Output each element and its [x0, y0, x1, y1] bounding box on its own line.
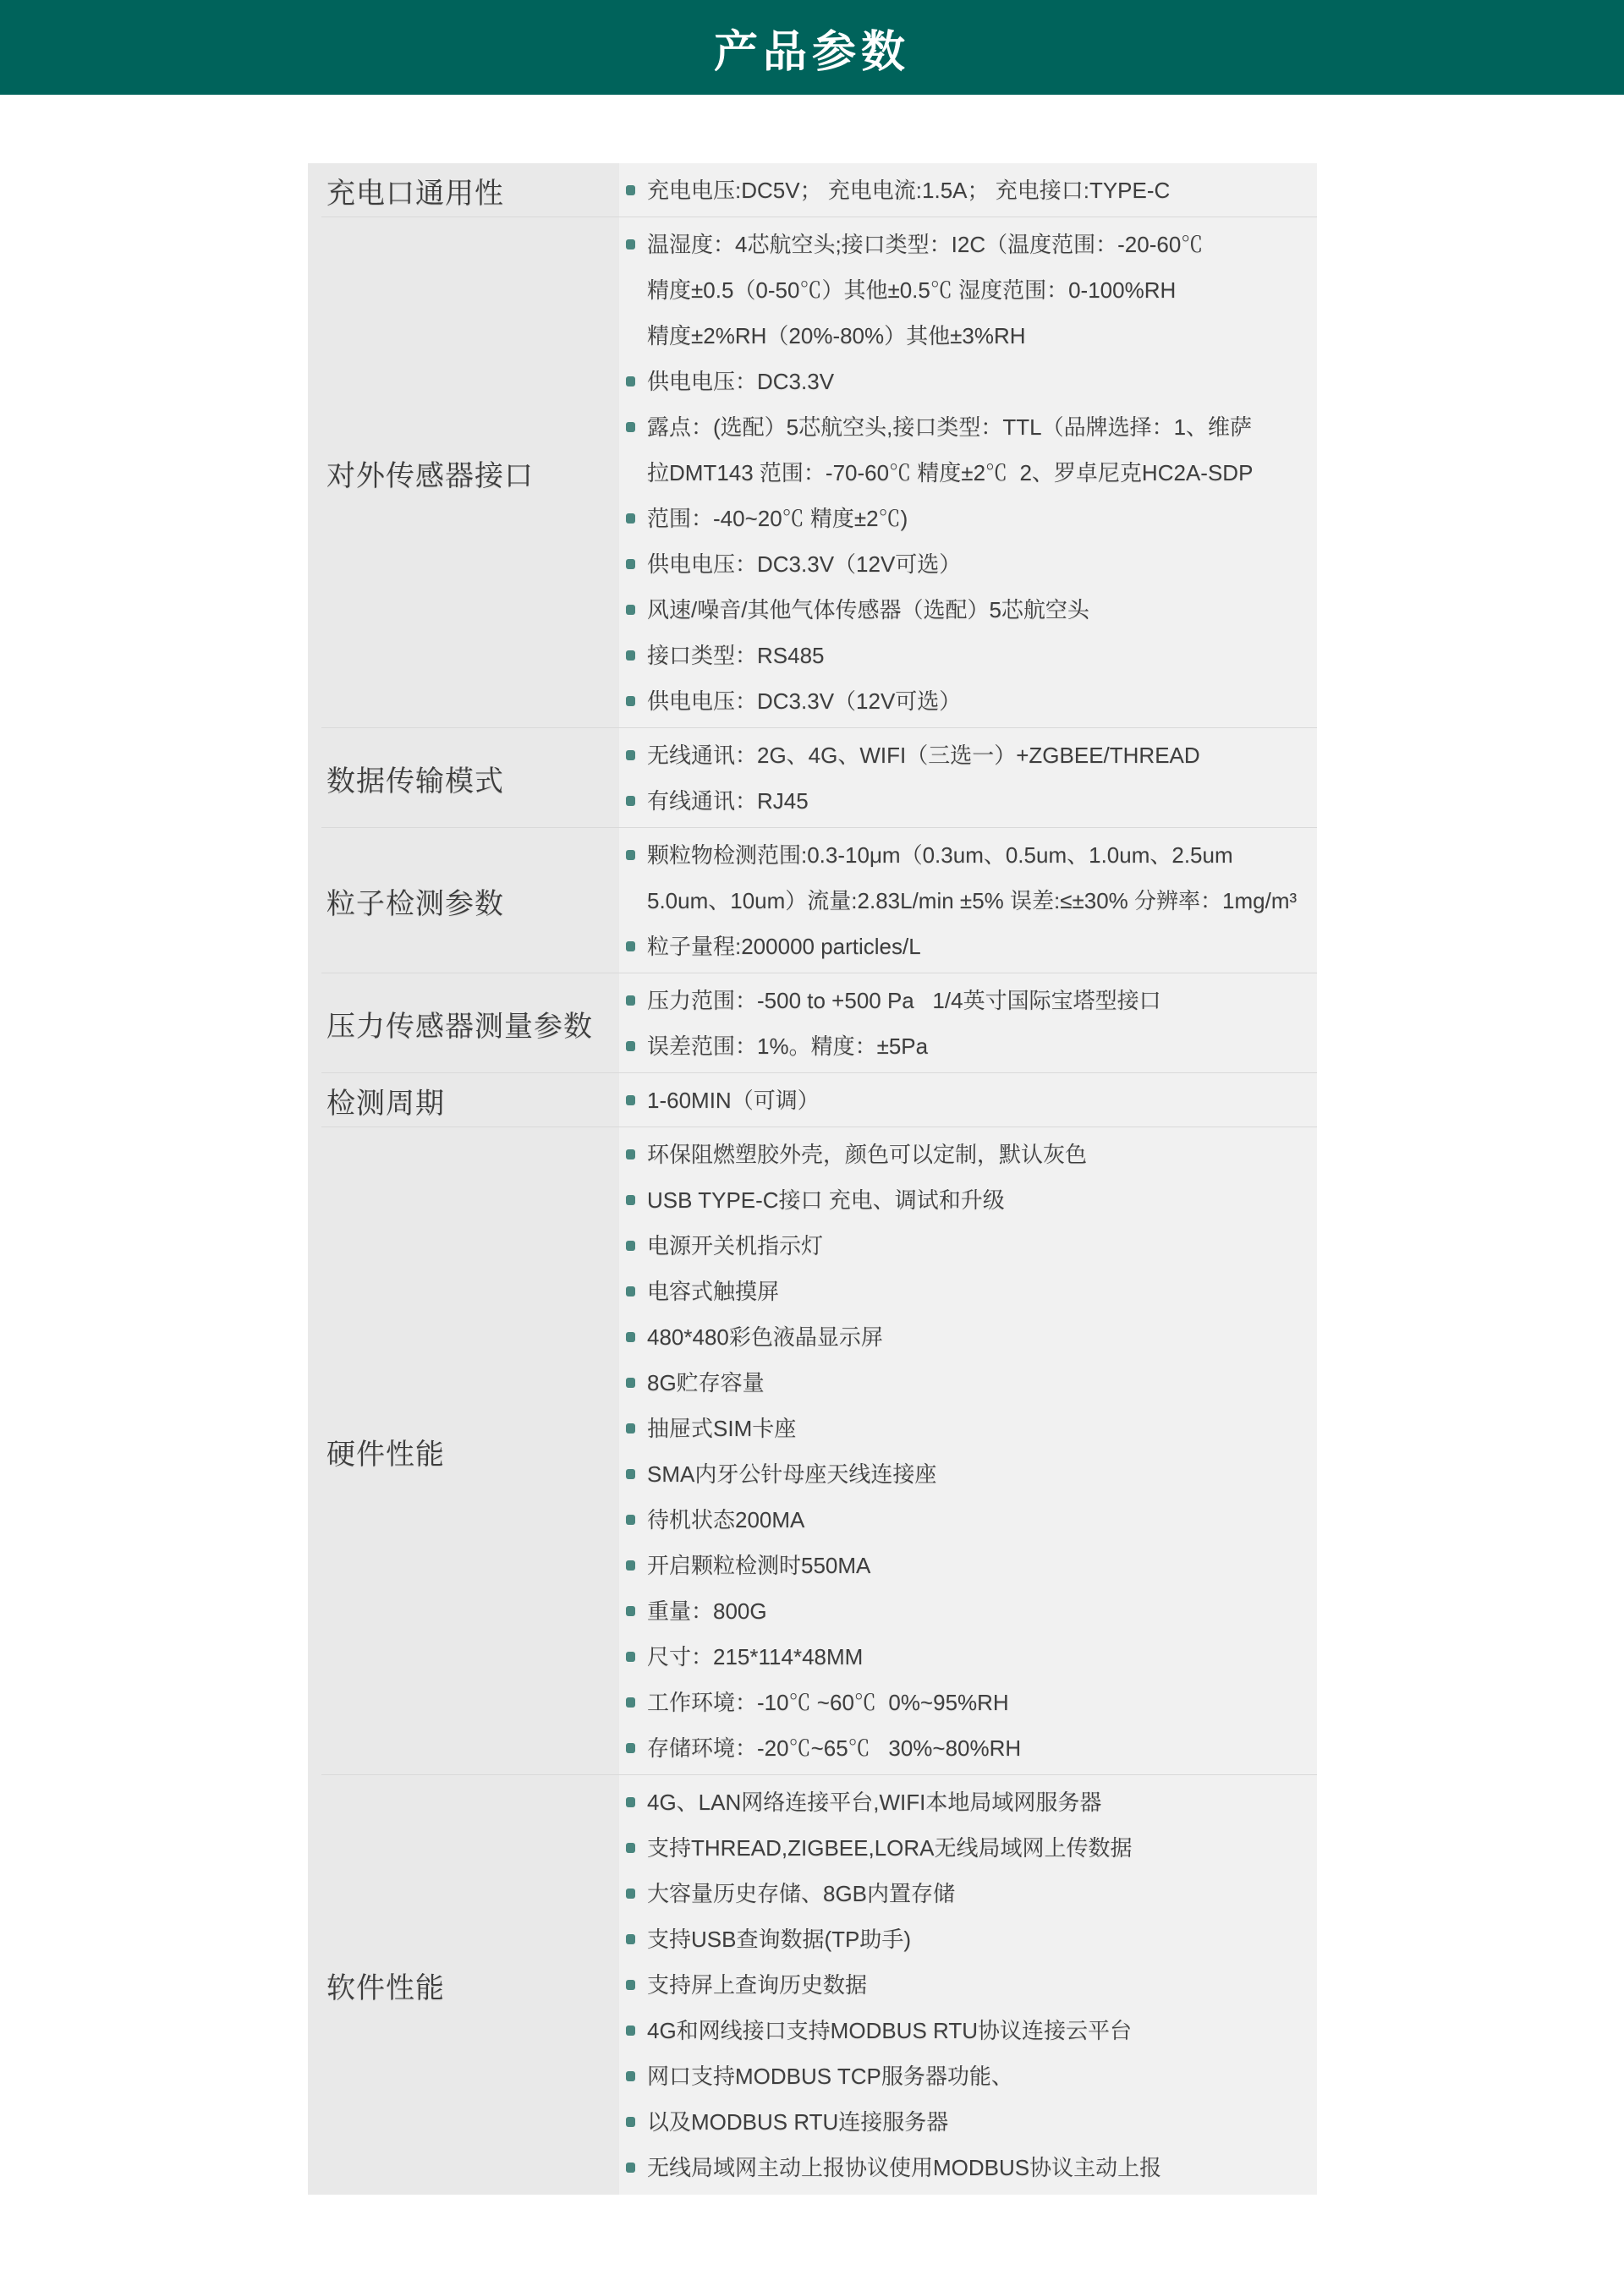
bullet-item: 以及MODBUS RTU连接服务器	[619, 2099, 1300, 2145]
bullet-item: 供电电压：DC3.3V	[619, 359, 1300, 404]
page: 产品参数 充电口通用性充电电压:DC5V； 充电电流:1.5A； 充电接口:TY…	[0, 0, 1624, 2275]
bullet-item: 存储环境：-20℃~65℃ 30%~80%RH	[619, 1725, 1300, 1771]
bullet-line: USB TYPE-C接口 充电、调试和升级	[619, 1177, 1300, 1223]
bullet-line: 误差范围：1%。精度：±5Pa	[619, 1023, 1300, 1069]
spec-row: 检测周期1-60MIN（可调）	[308, 1073, 1317, 1127]
spec-row-label: 软件性能	[308, 1775, 619, 2195]
spec-row: 数据传输模式无线通讯：2G、4G、WIFI（三选一）+ZGBEE/THREAD有…	[308, 728, 1317, 828]
bullet-line: 供电电压：DC3.3V（12V可选）	[619, 541, 1300, 587]
bullet-item: 支持屏上查询历史数据	[619, 1962, 1300, 2008]
bullet-line: 无线局域网主动上报协议使用MODBUS协议主动上报	[619, 2145, 1300, 2190]
spec-cell: 充电电压:DC5V； 充电电流:1.5A； 充电接口:TYPE-C	[619, 163, 1317, 217]
bullet-line: 以及MODBUS RTU连接服务器	[619, 2099, 1300, 2145]
bullet-line: 网口支持MODBUS TCP服务器功能、	[619, 2053, 1300, 2099]
bullet-item: 电容式触摸屏	[619, 1269, 1300, 1314]
bullet-item: 8G贮存容量	[619, 1360, 1300, 1406]
bullet-line: 充电电压:DC5V； 充电电流:1.5A； 充电接口:TYPE-C	[619, 167, 1300, 213]
bullet-line: 露点：(选配）5芯航空头,接口类型：TTL（品牌选择：1、维萨	[619, 404, 1300, 450]
spec-row: 对外传感器接口温湿度：4芯航空头;接口类型：I2C（温度范围：-20-60℃精度…	[308, 217, 1317, 728]
bullet-item: 大容量历史存储、8GB内置存储	[619, 1871, 1300, 1916]
bullet-item: 供电电压：DC3.3V（12V可选）	[619, 541, 1300, 587]
bullet-line: 大容量历史存储、8GB内置存储	[619, 1871, 1300, 1916]
bullet-item: 无线通讯：2G、4G、WIFI（三选一）+ZGBEE/THREAD	[619, 732, 1300, 778]
bullet-item: 有线通讯：RJ45	[619, 778, 1300, 824]
bullet-item: 1-60MIN（可调）	[619, 1077, 1300, 1123]
spec-row-label: 充电口通用性	[308, 163, 619, 217]
bullet-line: 480*480彩色液晶显示屏	[619, 1314, 1300, 1360]
bullet-line-wrap: 拉DMT143 范围：-70-60℃ 精度±2℃ 2、罗卓尼克HC2A-SDP	[619, 450, 1300, 496]
bullet-line: 支持THREAD,ZIGBEE,LORA无线局域网上传数据	[619, 1825, 1300, 1871]
spec-table: 充电口通用性充电电压:DC5V； 充电电流:1.5A； 充电接口:TYPE-C对…	[308, 163, 1317, 2195]
bullet-line: 工作环境：-10℃ ~60℃ 0%~95%RH	[619, 1680, 1300, 1725]
spec-row-label: 检测周期	[308, 1073, 619, 1127]
bullet-item: 环保阻燃塑胶外壳，颜色可以定制，默认灰色	[619, 1132, 1300, 1177]
spec-cell: 4G、LAN网络连接平台,WIFI本地局域网服务器支持THREAD,ZIGBEE…	[619, 1775, 1317, 2195]
bullet-item: 范围：-40~20℃ 精度±2℃)	[619, 496, 1300, 541]
bullet-line-wrap: 5.0um、10um）流量:2.83L/min ±5% 误差:≤±30% 分辨率…	[619, 878, 1300, 924]
spec-row: 压力传感器测量参数压力范围：-500 to +500 Pa 1/4英寸国际宝塔型…	[308, 973, 1317, 1073]
bullet-line: 温湿度：4芯航空头;接口类型：I2C（温度范围：-20-60℃	[619, 222, 1300, 267]
spec-row: 充电口通用性充电电压:DC5V； 充电电流:1.5A； 充电接口:TYPE-C	[308, 163, 1317, 217]
bullet-item: 工作环境：-10℃ ~60℃ 0%~95%RH	[619, 1680, 1300, 1725]
bullet-item: 抽屉式SIM卡座	[619, 1406, 1300, 1451]
bullet-item: 压力范围：-500 to +500 Pa 1/4英寸国际宝塔型接口	[619, 978, 1300, 1023]
spec-cell: 温湿度：4芯航空头;接口类型：I2C（温度范围：-20-60℃精度±0.5（0-…	[619, 217, 1317, 728]
bullet-line: 8G贮存容量	[619, 1360, 1300, 1406]
bullet-line-wrap: 精度±0.5（0-50℃）其他±0.5℃ 湿度范围：0-100%RH	[619, 267, 1300, 313]
bullet-line: 开启颗粒检测时550MA	[619, 1543, 1300, 1588]
bullet-item: USB TYPE-C接口 充电、调试和升级	[619, 1177, 1300, 1223]
bullet-item: 误差范围：1%。精度：±5Pa	[619, 1023, 1300, 1069]
bullet-line: 环保阻燃塑胶外壳，颜色可以定制，默认灰色	[619, 1132, 1300, 1177]
bullet-item: 粒子量程:200000 particles/L	[619, 924, 1300, 969]
bullet-item: 支持THREAD,ZIGBEE,LORA无线局域网上传数据	[619, 1825, 1300, 1871]
bullet-line-wrap: 精度±2%RH（20%-80%）其他±3%RH	[619, 313, 1300, 359]
bullet-item: 接口类型：RS485	[619, 633, 1300, 678]
bullet-item: 电源开关机指示灯	[619, 1223, 1300, 1269]
bullet-item: 网口支持MODBUS TCP服务器功能、	[619, 2053, 1300, 2099]
bullet-line: 1-60MIN（可调）	[619, 1077, 1300, 1123]
bullet-line: 支持屏上查询历史数据	[619, 1962, 1300, 2008]
spec-row-label: 压力传感器测量参数	[308, 973, 619, 1073]
bullet-line: 抽屉式SIM卡座	[619, 1406, 1300, 1451]
bullet-item: 充电电压:DC5V； 充电电流:1.5A； 充电接口:TYPE-C	[619, 167, 1300, 213]
bullet-item: 颗粒物检测范围:0.3-10μm（0.3um、0.5um、1.0um、2.5um…	[619, 832, 1300, 924]
bullet-item: 480*480彩色液晶显示屏	[619, 1314, 1300, 1360]
bullet-line: SMA内牙公针母座天线连接座	[619, 1451, 1300, 1497]
bullet-item: 重量：800G	[619, 1588, 1300, 1634]
bullet-item: 支持USB查询数据(TP助手)	[619, 1916, 1300, 1962]
bullet-line: 重量：800G	[619, 1588, 1300, 1634]
spec-row: 软件性能4G、LAN网络连接平台,WIFI本地局域网服务器支持THREAD,ZI…	[308, 1775, 1317, 2195]
spec-cell: 环保阻燃塑胶外壳，颜色可以定制，默认灰色USB TYPE-C接口 充电、调试和升…	[619, 1127, 1317, 1775]
bullet-line: 颗粒物检测范围:0.3-10μm（0.3um、0.5um、1.0um、2.5um	[619, 832, 1300, 878]
bullet-line: 待机状态200MA	[619, 1497, 1300, 1543]
spec-cell: 颗粒物检测范围:0.3-10μm（0.3um、0.5um、1.0um、2.5um…	[619, 828, 1317, 973]
spec-cell: 1-60MIN（可调）	[619, 1073, 1317, 1127]
bullet-line: 无线通讯：2G、4G、WIFI（三选一）+ZGBEE/THREAD	[619, 732, 1300, 778]
bullet-item: SMA内牙公针母座天线连接座	[619, 1451, 1300, 1497]
bullet-line: 粒子量程:200000 particles/L	[619, 924, 1300, 969]
spec-row-label: 硬件性能	[308, 1127, 619, 1775]
bullet-line: 范围：-40~20℃ 精度±2℃)	[619, 496, 1300, 541]
bullet-line: 接口类型：RS485	[619, 633, 1300, 678]
bullet-item: 露点：(选配）5芯航空头,接口类型：TTL（品牌选择：1、维萨拉DMT143 范…	[619, 404, 1300, 496]
spec-row-label: 对外传感器接口	[308, 217, 619, 728]
spec-row-label: 数据传输模式	[308, 728, 619, 828]
bullet-item: 供电电压：DC3.3V（12V可选）	[619, 678, 1300, 724]
bullet-line: 风速/噪音/其他气体传感器（选配）5芯航空头	[619, 587, 1300, 633]
bullet-item: 尺寸：215*114*48MM	[619, 1634, 1300, 1680]
bullet-item: 4G和网线接口支持MODBUS RTU协议连接云平台	[619, 2008, 1300, 2053]
bullet-item: 无线局域网主动上报协议使用MODBUS协议主动上报	[619, 2145, 1300, 2190]
bullet-line: 有线通讯：RJ45	[619, 778, 1300, 824]
bullet-item: 风速/噪音/其他气体传感器（选配）5芯航空头	[619, 587, 1300, 633]
bullet-line: 支持USB查询数据(TP助手)	[619, 1916, 1300, 1962]
spec-row: 粒子检测参数颗粒物检测范围:0.3-10μm（0.3um、0.5um、1.0um…	[308, 828, 1317, 973]
bullet-item: 开启颗粒检测时550MA	[619, 1543, 1300, 1588]
bullet-item: 待机状态200MA	[619, 1497, 1300, 1543]
spec-cell: 压力范围：-500 to +500 Pa 1/4英寸国际宝塔型接口误差范围：1%…	[619, 973, 1317, 1073]
bullet-item: 温湿度：4芯航空头;接口类型：I2C（温度范围：-20-60℃精度±0.5（0-…	[619, 222, 1300, 359]
bullet-item: 4G、LAN网络连接平台,WIFI本地局域网服务器	[619, 1779, 1300, 1825]
page-header: 产品参数	[0, 0, 1624, 95]
bullet-line: 压力范围：-500 to +500 Pa 1/4英寸国际宝塔型接口	[619, 978, 1300, 1023]
bullet-line: 4G和网线接口支持MODBUS RTU协议连接云平台	[619, 2008, 1300, 2053]
bullet-line: 供电电压：DC3.3V（12V可选）	[619, 678, 1300, 724]
bullet-line: 供电电压：DC3.3V	[619, 359, 1300, 404]
bullet-line: 存储环境：-20℃~65℃ 30%~80%RH	[619, 1725, 1300, 1771]
bullet-line: 4G、LAN网络连接平台,WIFI本地局域网服务器	[619, 1779, 1300, 1825]
bullet-line: 电容式触摸屏	[619, 1269, 1300, 1314]
bullet-line: 电源开关机指示灯	[619, 1223, 1300, 1269]
spec-cell: 无线通讯：2G、4G、WIFI（三选一）+ZGBEE/THREAD有线通讯：RJ…	[619, 728, 1317, 828]
spec-row-label: 粒子检测参数	[308, 828, 619, 973]
spec-row: 硬件性能环保阻燃塑胶外壳，颜色可以定制，默认灰色USB TYPE-C接口 充电、…	[308, 1127, 1317, 1775]
bullet-line: 尺寸：215*114*48MM	[619, 1634, 1300, 1680]
page-title: 产品参数	[714, 16, 910, 79]
